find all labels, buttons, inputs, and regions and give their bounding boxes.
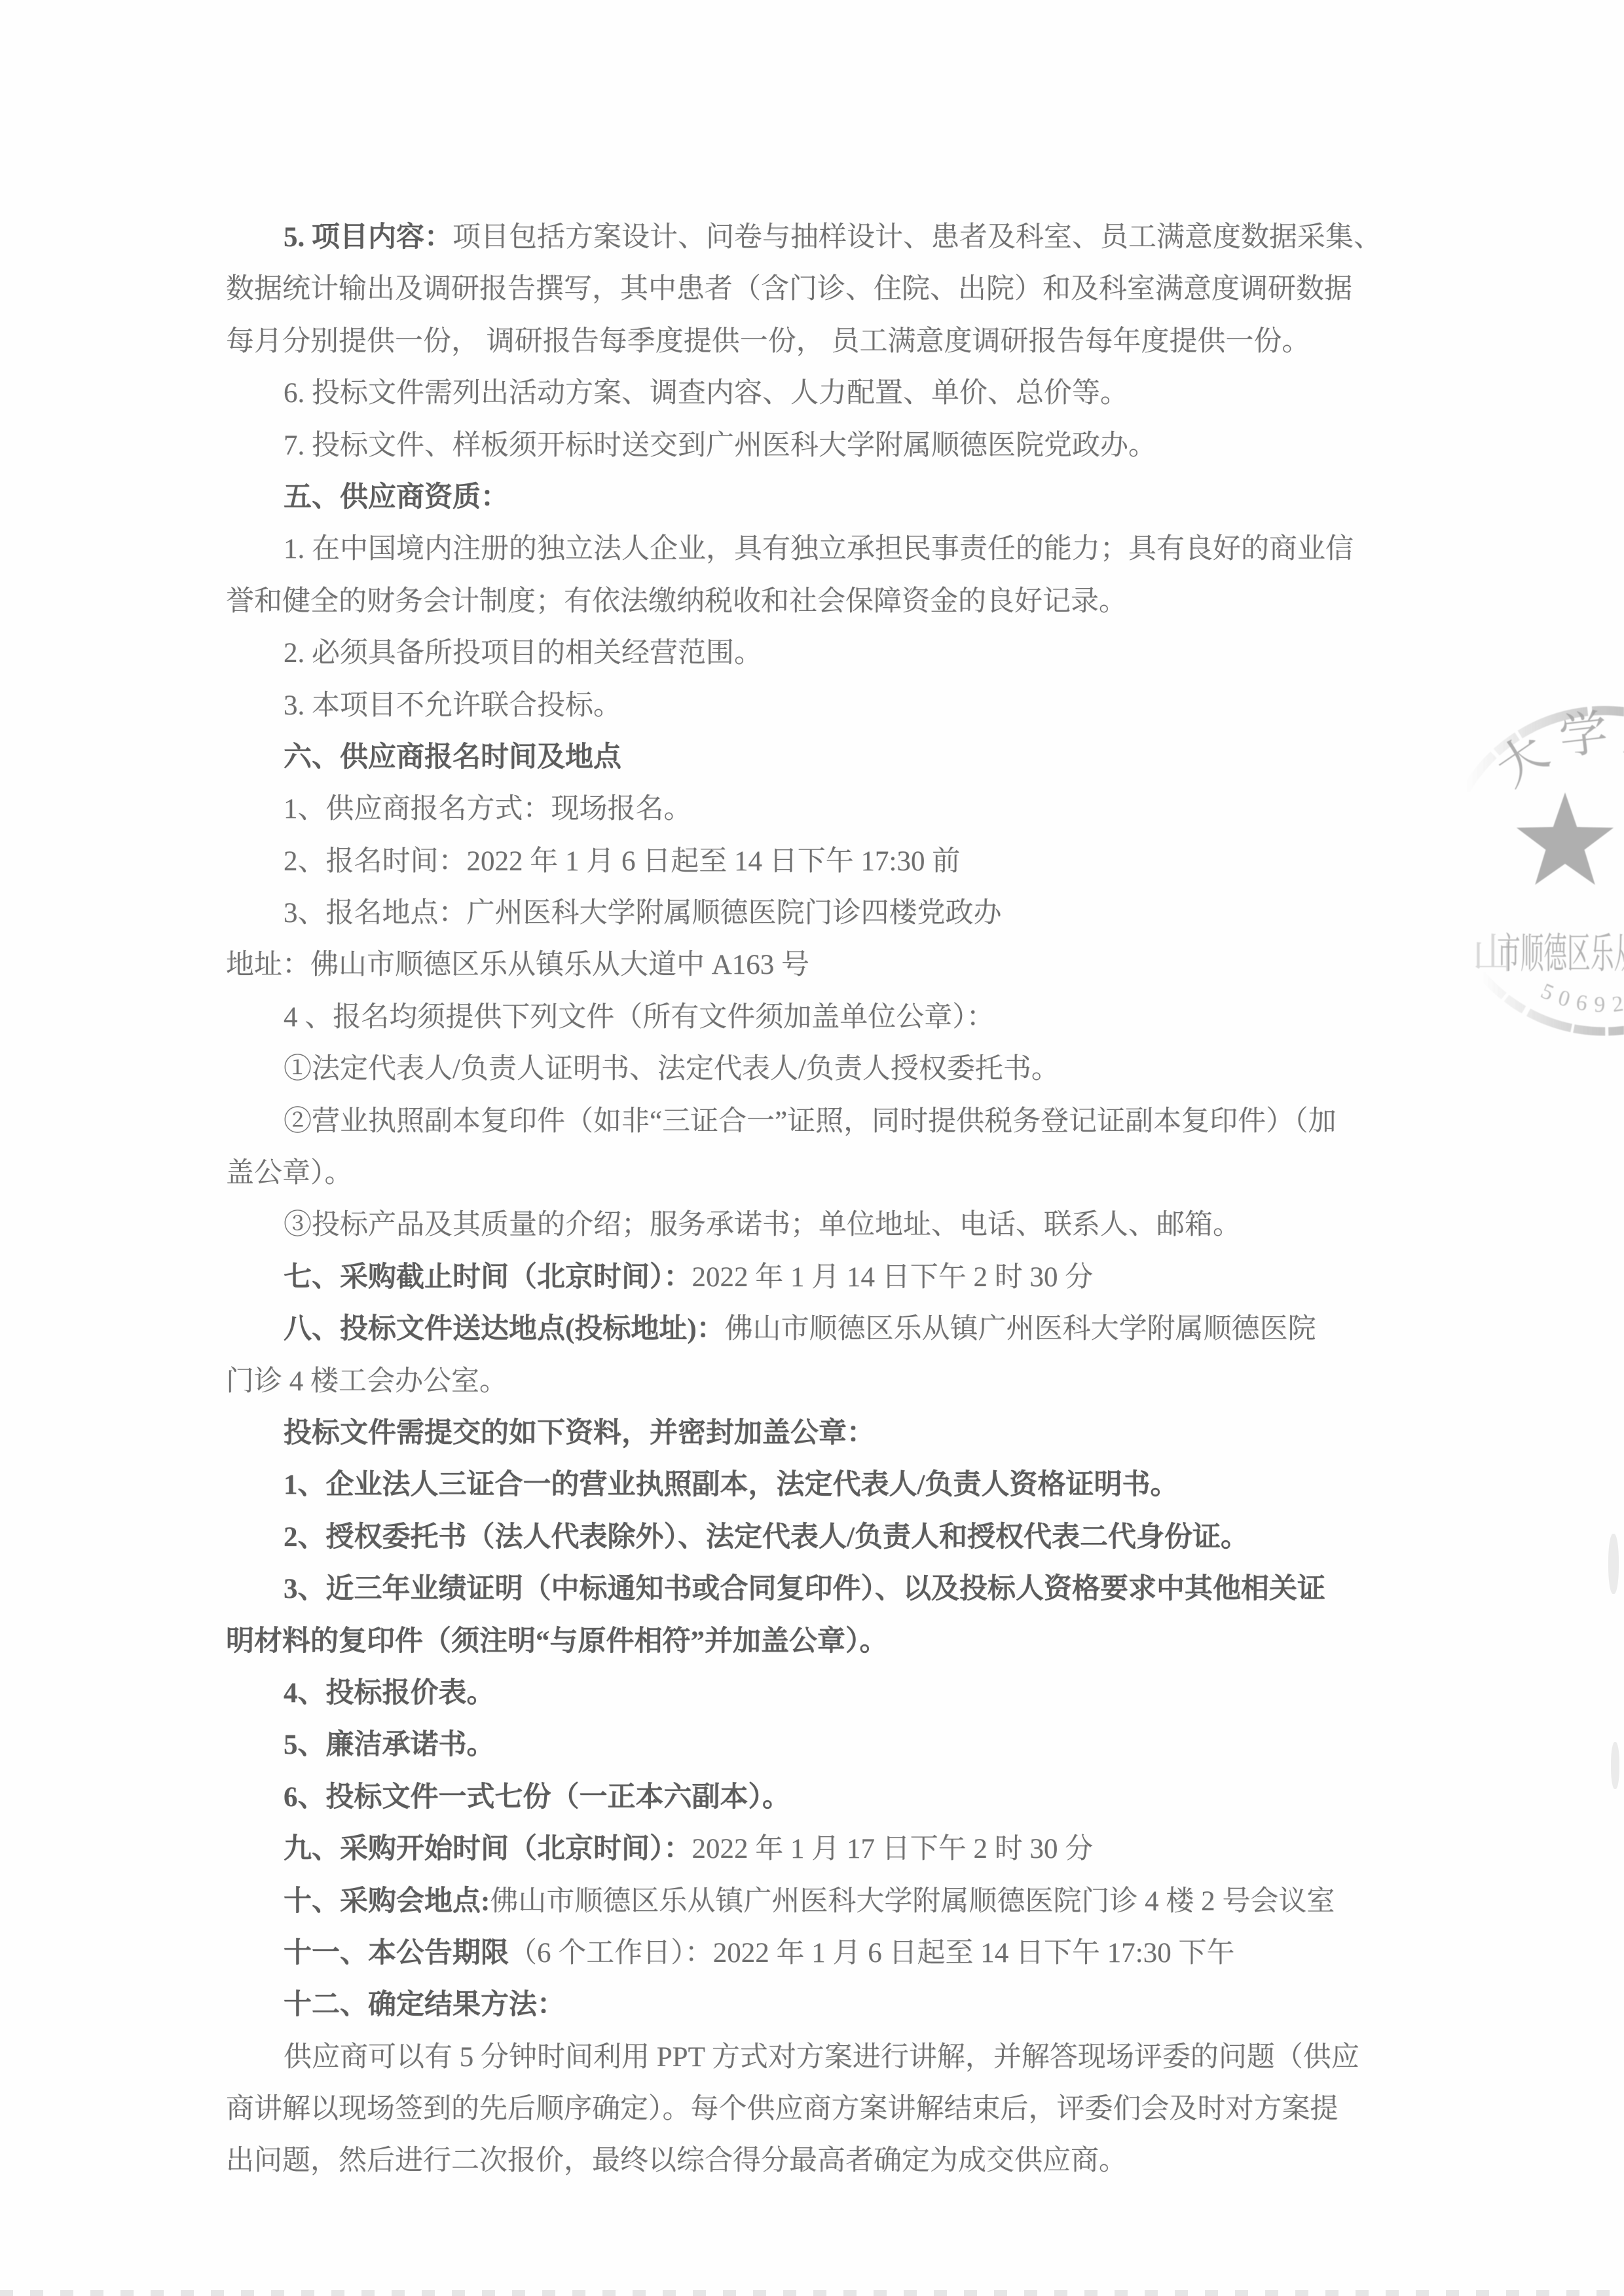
text-line: 7. 投标文件、样板须开标时送交到广州医科大学附属顺德医院党政办。 [226,420,1378,472]
text-line: 十二、确定结果方法： [226,1979,1378,2031]
text-line: 3、近三年业绩证明（中标通知书或合同复印件）、以及投标人资格要求中其他相关证 [226,1563,1378,1615]
text-line: 5、廉洁承诺书。 [226,1719,1378,1771]
text-line: 明材料的复印件（须注明“与原件相符”并加盖公章）。 [226,1616,1378,1667]
text-line: 出问题，然后进行二次报价，最终以综合得分最高者确定为成交供应商。 [226,2135,1378,2187]
text-run: 2、报名时间：2022 年 1 月 6 日起至 14 日下午 17:30 前 [284,846,960,877]
text-run: 3、报名地点：广州医科大学附属顺德医院门诊四楼党政办 [284,898,1002,929]
text-run: ①法定代表人/负责人证明书、法定代表人/负责人授权委托书。 [284,1054,1060,1084]
text-line: 3. 本项目不允许联合投标。 [226,680,1378,731]
text-run: 2022 年 1 月 17 日下午 2 时 30 分 [692,1834,1094,1864]
bold-text-run: 五、供应商资质： [284,482,509,513]
text-line: 4 、报名均须提供下列文件（所有文件须加盖单位公章）： [226,991,1378,1043]
scan-edge-dots [0,2290,1624,2296]
bold-text-run: 3、近三年业绩证明（中标通知书或合同复印件）、以及投标人资格要求中其他相关证 [284,1574,1325,1604]
text-line: 供应商可以有 5 分钟时间利用 PPT 方式对方案进行讲解，并解答现场评委的问题… [226,2031,1378,2083]
scan-artifact [1611,1742,1619,1789]
text-run: 1. 在中国境内注册的独立法人企业，具有独立承担民事责任的能力；具有良好的商业信 [284,534,1354,565]
text-run: 4 、报名均须提供下列文件（所有文件须加盖单位公章）： [284,1002,995,1033]
text-run: 6. 投标文件需列出活动方案、调查内容、人力配置、单价、总价等。 [284,378,1128,409]
text-line: 6、投标文件一式七份（一正本六副本）。 [226,1771,1378,1823]
text-line: 十、采购会地点:佛山市顺德区乐从镇广州医科大学附属顺德医院门诊 4 楼 2 号会… [226,1876,1378,1927]
document-body: 5. 项目内容：项目包括方案设计、问卷与抽样设计、患者及科室、员工满意度数据采集… [226,212,1378,2187]
bold-text-run: 5. 项目内容： [284,222,452,253]
bold-text-run: 4、投标报价表。 [284,1678,495,1709]
bold-text-run: 八、投标文件送达地点(投标地址)： [284,1314,725,1344]
text-line: 投标文件需提交的如下资料，并密封加盖公章： [226,1407,1378,1459]
text-line: 商讲解以现场签到的先后顺序确定）。每个供应商方案讲解结束后，评委们会及时对方案提 [226,2083,1378,2135]
text-run: 1、供应商报名方式：现场报名。 [284,794,692,824]
text-line: 门诊 4 楼工会办公室。 [226,1356,1378,1407]
text-line: 1、供应商报名方式：现场报名。 [226,783,1378,835]
text-line: 每月分别提供一份， 调研报告每季度提供一份， 员工满意度调研报告每年度提供一份。 [226,316,1378,367]
text-line: 3、报名地点：广州医科大学附属顺德医院门诊四楼党政办 [226,887,1378,939]
text-line: 十一、本公告期限（6 个工作日）：2022 年 1 月 6 日起至 14 日下午… [226,1927,1378,1979]
text-line: 4、投标报价表。 [226,1667,1378,1719]
text-line: 誉和健全的财务会计制度；有依法缴纳税收和社会保障资金的良好记录。 [226,576,1378,627]
text-line: 九、采购开始时间（北京时间）：2022 年 1 月 17 日下午 2 时 30 … [226,1823,1378,1875]
text-run: （6 个工作日）：2022 年 1 月 6 日起至 14 日下午 17:30 下… [509,1938,1234,1969]
text-run: 誉和健全的财务会计制度；有依法缴纳税收和社会保障资金的良好记录。 [226,586,1127,617]
text-line: 五、供应商资质： [226,472,1378,523]
text-run: 供应商可以有 5 分钟时间利用 PPT 方式对方案进行讲解，并解答现场评委的问题… [284,2042,1359,2073]
official-stamp: 大学附属 山 市顺德区乐从医 5069290 [1395,675,1624,1067]
text-line: 2、授权委托书（法人代表除外）、法定代表人/负责人和授权代表二代身份证。 [226,1511,1378,1563]
text-line: 数据统计输出及调研报告撰写，其中患者（含门诊、住院、出院）和及科室满意度调研数据 [226,263,1378,315]
star-icon [1517,792,1614,885]
text-line: 1. 在中国境内注册的独立法人企业，具有独立承担民事责任的能力；具有良好的商业信 [226,523,1378,575]
bold-text-run: 九、采购开始时间（北京时间）： [284,1834,692,1864]
text-line: 盖公章）。 [226,1147,1378,1199]
text-line: 六、供应商报名时间及地点 [226,731,1378,783]
text-run: 项目包括方案设计、问卷与抽样设计、患者及科室、员工满意度数据采集、 [452,222,1382,253]
text-run: 每月分别提供一份， 调研报告每季度提供一份， 员工满意度调研报告每年度提供一份。 [226,326,1310,357]
text-run: 佛山市顺德区乐从镇广州医科大学附属顺德医院 [725,1314,1316,1344]
text-line: 地址：佛山市顺德区乐从镇乐从大道中 A163 号 [226,939,1378,991]
scanned-document-page: 5. 项目内容：项目包括方案设计、问卷与抽样设计、患者及科室、员工满意度数据采集… [0,0,1624,2296]
text-line: 2、报名时间：2022 年 1 月 6 日起至 14 日下午 17:30 前 [226,836,1378,887]
text-run: 商讲解以现场签到的先后顺序确定）。每个供应商方案讲解结束后，评委们会及时对方案提 [226,2094,1338,2124]
bold-text-run: 七、采购截止时间（北京时间）： [284,1262,692,1293]
text-line: ②营业执照副本复印件（如非“三证合一”证照，同时提供税务登记证副本复印件）（加 [226,1096,1378,1147]
bold-text-run: 5、廉洁承诺书。 [284,1730,495,1760]
text-run: 佛山市顺德区乐从镇广州医科大学附属顺德医院门诊 4 楼 2 号会议室 [490,1886,1335,1917]
text-run: 数据统计输出及调研报告撰写，其中患者（含门诊、住院、出院）和及科室满意度调研数据 [226,274,1352,305]
text-run: 2. 必须具备所投项目的相关经营范围。 [284,638,762,669]
text-line: ③投标产品及其质量的介绍；服务承诺书；单位地址、电话、联系人、邮箱。 [226,1199,1378,1251]
text-run: 2022 年 1 月 14 日下午 2 时 30 分 [692,1262,1094,1293]
bold-text-run: 6、投标文件一式七份（一正本六副本）。 [284,1782,790,1813]
bold-text-run: 1、企业法人三证合一的营业执照副本，法定代表人/负责人资格证明书。 [284,1470,1178,1500]
text-line: ①法定代表人/负责人证明书、法定代表人/负责人授权委托书。 [226,1043,1378,1095]
text-line: 1、企业法人三证合一的营业执照副本，法定代表人/负责人资格证明书。 [226,1459,1378,1511]
bold-text-run: 十一、本公告期限 [284,1938,509,1969]
bold-text-run: 投标文件需提交的如下资料，并密封加盖公章： [284,1418,875,1449]
text-run: 盖公章）。 [226,1158,353,1189]
text-line: 八、投标文件送达地点(投标地址)：佛山市顺德区乐从镇广州医科大学附属顺德医院 [226,1303,1378,1355]
bold-text-run: 2、授权委托书（法人代表除外）、法定代表人/负责人和授权代表二代身份证。 [284,1522,1249,1553]
text-run: 门诊 4 楼工会办公室。 [226,1366,507,1397]
bold-text-run: 十、采购会地点: [284,1886,490,1917]
bold-text-run: 明材料的复印件（须注明“与原件相符”并加盖公章）。 [226,1626,888,1657]
stamp-center-label: 市顺德区乐从医 [1497,931,1624,977]
text-run: ③投标产品及其质量的介绍；服务承诺书；单位地址、电话、联系人、邮箱。 [284,1210,1241,1240]
text-run: 出问题，然后进行二次报价，最终以综合得分最高者确定为成交供应商。 [226,2145,1127,2176]
text-run: 地址：佛山市顺德区乐从镇乐从大道中 A163 号 [226,950,809,980]
bold-text-run: 六、供应商报名时间及地点 [284,742,621,773]
text-line: 6. 投标文件需列出活动方案、调查内容、人力配置、单价、总价等。 [226,367,1378,419]
text-run: 7. 投标文件、样板须开标时送交到广州医科大学附属顺德医院党政办。 [284,430,1156,461]
bold-text-run: 十二、确定结果方法： [284,1990,565,2020]
text-line: 5. 项目内容：项目包括方案设计、问卷与抽样设计、患者及科室、员工满意度数据采集… [226,212,1378,263]
text-line: 七、采购截止时间（北京时间）：2022 年 1 月 14 日下午 2 时 30 … [226,1251,1378,1303]
stamp-serial-number: 5069290 [1538,979,1624,1017]
scan-artifact [1608,1534,1619,1594]
text-line: 2. 必须具备所投项目的相关经营范围。 [226,627,1378,679]
text-run: 3. 本项目不允许联合投标。 [284,690,621,721]
text-run: ②营业执照副本复印件（如非“三证合一”证照，同时提供税务登记证副本复印件）（加 [284,1106,1337,1137]
